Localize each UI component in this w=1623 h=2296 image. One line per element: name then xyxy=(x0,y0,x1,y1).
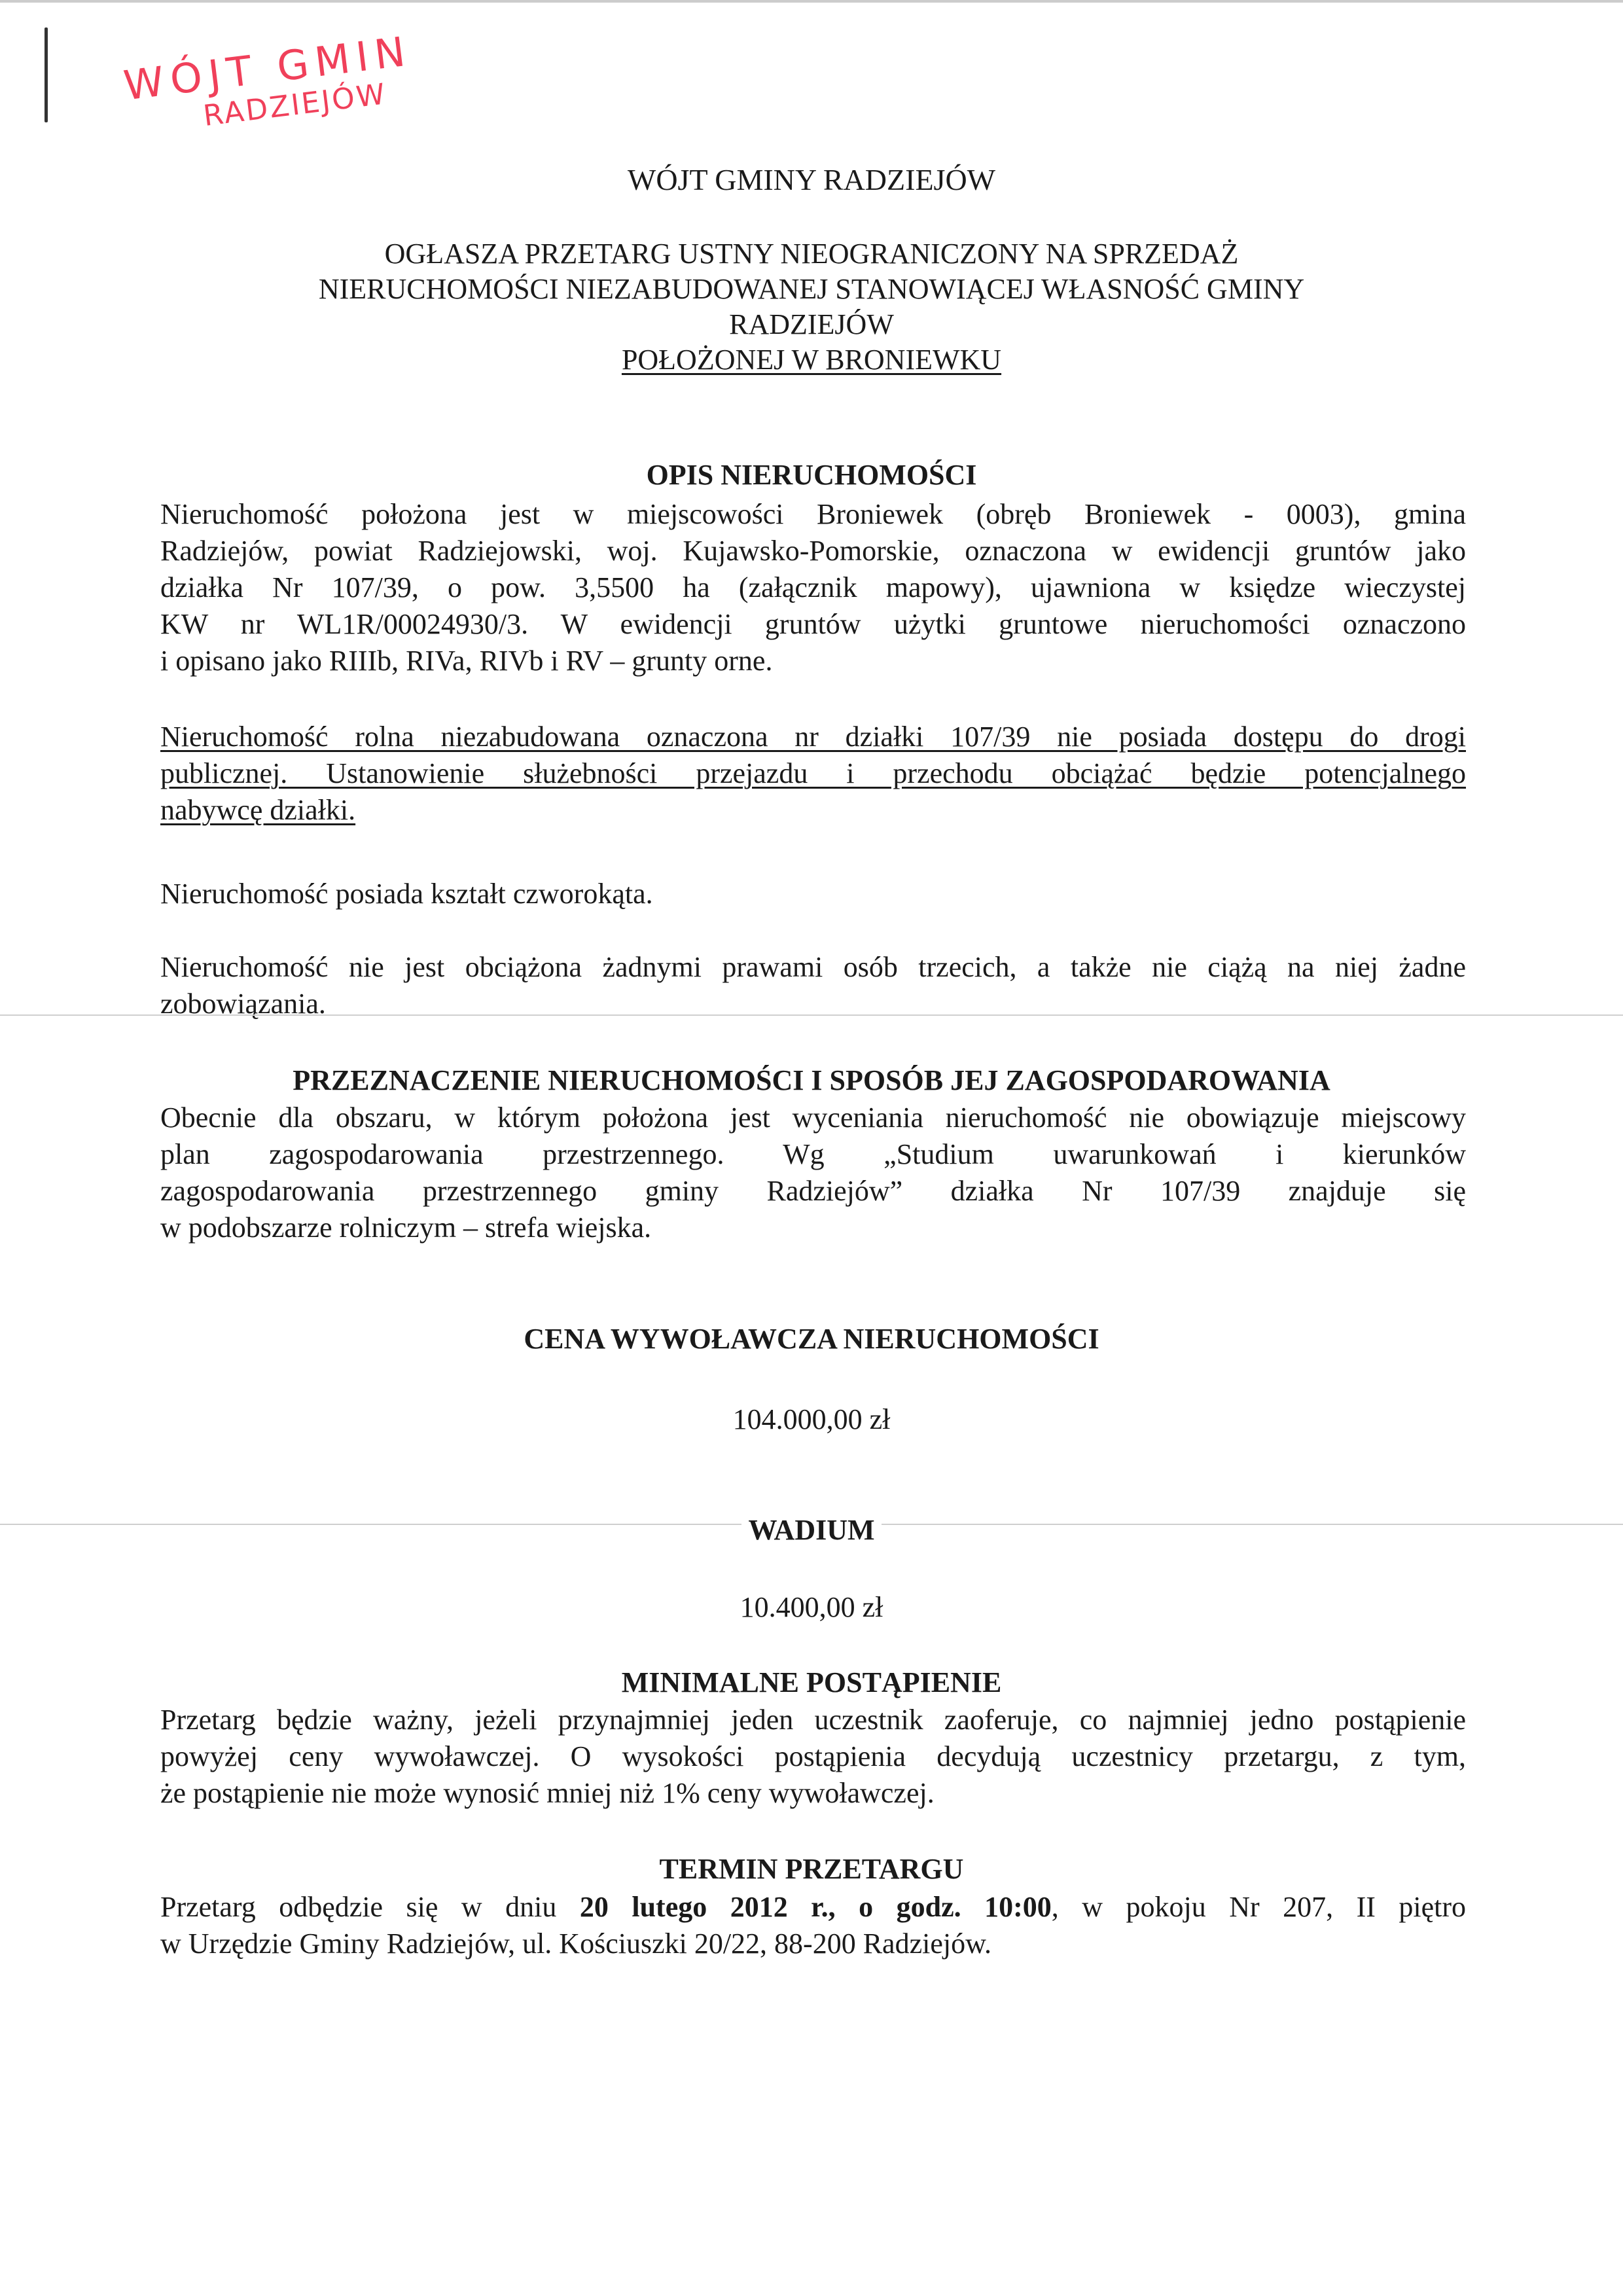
term-paragraph: Przetarg odbędzie się w dniu 20 lutego 2… xyxy=(160,1889,1466,1962)
description-heading: OPIS NIERUCHOMOŚCI xyxy=(0,458,1623,492)
announcement-line-3: RADZIEJÓW xyxy=(0,306,1623,343)
paragraph-line: Nieruchomość rolna niezabudowana oznaczo… xyxy=(160,719,1466,755)
min-bid-paragraph: Przetarg będzie ważny, jeżeli przynajmni… xyxy=(160,1702,1466,1812)
description-paragraph: Nieruchomość położona jest w miejscowośc… xyxy=(160,496,1466,679)
encumbrance-paragraph: Nieruchomość nie jest obciążona żadnymi … xyxy=(160,949,1466,1022)
paragraph-line: Przetarg odbędzie się w dniu 20 lutego 2… xyxy=(160,1889,1466,1926)
paragraph-line: i opisano jako RIIIb, RIVa, RIVb i RV – … xyxy=(160,643,1466,679)
announcement-line-1: OGŁASZA PRZETARG USTNY NIEOGRANICZONY NA… xyxy=(0,236,1623,272)
scan-fold-line xyxy=(0,1014,1623,1016)
paragraph-line: że postąpienie nie może wynosić mniej ni… xyxy=(160,1775,1466,1812)
document-title: WÓJT GMINY RADZIEJÓW xyxy=(0,162,1623,197)
page-edge xyxy=(0,0,1623,3)
min-bid-heading: MINIMALNE POSTĄPIENIE xyxy=(0,1666,1623,1699)
staple-mark xyxy=(45,27,48,122)
paragraph-line: nabywcę działki. xyxy=(160,792,1466,829)
purpose-paragraph: Obecnie dla obszaru, w którym położona j… xyxy=(160,1100,1466,1246)
term-suffix: , w pokoju Nr 207, II piętro xyxy=(1052,1891,1466,1923)
announcement-line-2: NIERUCHOMOŚCI NIEZABUDOWANEJ STANOWIĄCEJ… xyxy=(0,271,1623,308)
paragraph-line: zobowiązania. xyxy=(160,986,1466,1022)
term-prefix: Przetarg odbędzie się w dniu xyxy=(160,1891,580,1923)
paragraph-line: Nieruchomość położona jest w miejscowośc… xyxy=(160,496,1466,533)
paragraph-line: zagospodarowania przestrzennego gminy Ra… xyxy=(160,1173,1466,1210)
paragraph-line: Nieruchomość nie jest obciążona żadnymi … xyxy=(160,949,1466,986)
location-line-wrap: POŁOŻONEJ W BRONIEWKU xyxy=(0,342,1623,378)
paragraph-line: powyżej ceny wywoławczej. O wysokości po… xyxy=(160,1738,1466,1775)
paragraph-line: Obecnie dla obszaru, w którym położona j… xyxy=(160,1100,1466,1136)
paragraph-line: KW nr WL1R/00024930/3. W ewidencji grunt… xyxy=(160,606,1466,643)
price-heading: CENA WYWOŁAWCZA NIERUCHOMOŚCI xyxy=(0,1322,1623,1355)
paragraph-line: Radziejów, powiat Radziejowski, woj. Kuj… xyxy=(160,533,1466,569)
access-paragraph: Nieruchomość rolna niezabudowana oznaczo… xyxy=(160,719,1466,829)
price-value: 104.000,00 zł xyxy=(0,1403,1623,1436)
deposit-value: 10.400,00 zł xyxy=(0,1590,1623,1624)
paragraph-line: działka Nr 107/39, o pow. 3,5500 ha (zał… xyxy=(160,569,1466,606)
term-heading: TERMIN PRZETARGU xyxy=(0,1852,1623,1886)
location-line: POŁOŻONEJ W BRONIEWKU xyxy=(622,344,1001,376)
purpose-heading: PRZEZNACZENIE NIERUCHOMOŚCI I SPOSÓB JEJ… xyxy=(0,1064,1623,1097)
deposit-heading-wrap: WADIUM xyxy=(0,1513,1623,1547)
shape-statement: Nieruchomość posiada kształt czworokąta. xyxy=(160,877,653,910)
official-stamp: WÓJT GMIN RADZIEJÓW xyxy=(121,21,471,160)
paragraph-line: w Urzędzie Gminy Radziejów, ul. Kościusz… xyxy=(160,1926,1466,1962)
paragraph-line: Przetarg będzie ważny, jeżeli przynajmni… xyxy=(160,1702,1466,1738)
paragraph-line: publicznej. Ustanowienie służebności prz… xyxy=(160,755,1466,792)
paragraph-line: plan zagospodarowania przestrzennego. Wg… xyxy=(160,1136,1466,1173)
deposit-heading: WADIUM xyxy=(741,1514,881,1546)
paragraph-line: w podobszarze rolniczym – strefa wiejska… xyxy=(160,1210,1466,1246)
auction-date: 20 lutego 2012 r., o godz. 10:00 xyxy=(580,1891,1052,1923)
